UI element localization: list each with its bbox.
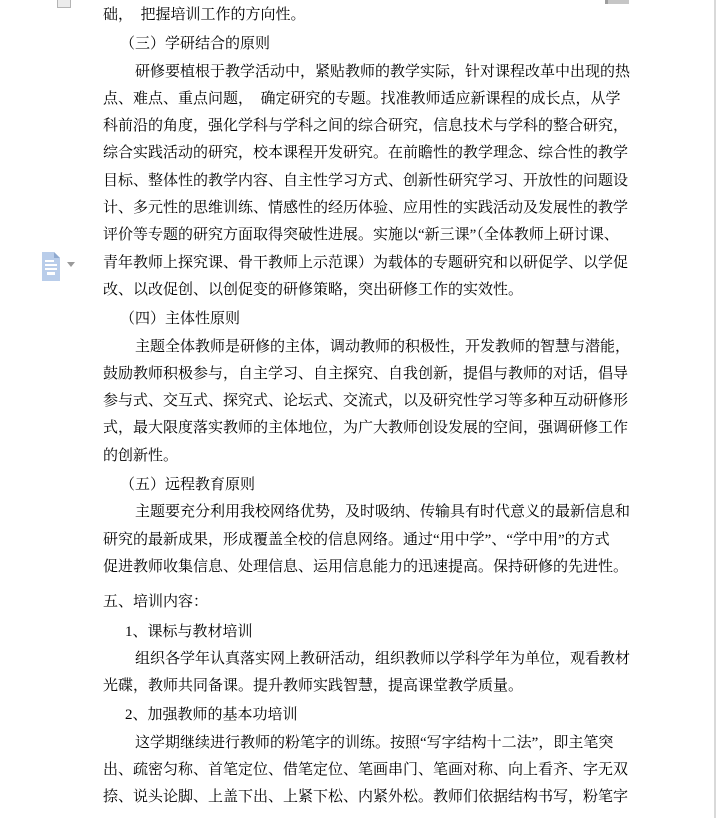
doc-block-paragraph: 组织各学年认真落实网上教研活动，组织教师以学科学年为单位，观看教材光碟，教师共同…: [103, 646, 665, 701]
doc-block-heading: （四）主体性原则: [103, 306, 665, 333]
text-line: 促进教师收集信息、处理信息、运用信息能力的迅速提高。保持研修的先进性。: [103, 554, 665, 581]
text-line: 计、多元性的思维训练、情感性的经历体验、应用性的实践活动及发展性的教学: [103, 195, 665, 222]
text-line: 式，最大限度落实教师的主体地位，为广大教师创设发展的空间，强调研修工作: [103, 415, 665, 442]
doc-block-subheading: 2、加强教师的基本功培训: [103, 702, 665, 729]
top-left-ui-fragment: [57, 0, 71, 8]
doc-block-paragraph: 研修要植根于教学活动中，紧贴教师的教学实际，针对课程改革中出现的热点、难点、重点…: [103, 59, 665, 305]
doc-block-paragraph: 主题全体教师是研修的主体，调动教师的积极性，开发教师的智慧与潜能，鼓励教师积极参…: [103, 334, 665, 470]
text-line: （五）远程教育原则: [103, 472, 665, 499]
text-line: 综合实践活动的研究，校本课程开发研究。在前瞻性的教学理念、综合性的教学: [103, 140, 665, 167]
text-line: 研修要植根于教学活动中，紧贴教师的教学实际，针对课程改革中出现的热: [103, 59, 665, 86]
text-line: 主题全体教师是研修的主体，调动教师的积极性，开发教师的智慧与潜能，: [103, 334, 665, 361]
text-line: 组织各学年认真落实网上教研活动，组织教师以学科学年为单位，观看教材: [103, 646, 665, 673]
text-line: 点、难点、重点问题， 确定研究的专题。找准教师适应新课程的成长点，从学: [103, 86, 665, 113]
text-line: 的创新性。: [103, 443, 665, 470]
text-line: 础， 把握培训工作的方向性。: [103, 2, 665, 29]
text-line: 五、培训内容：: [103, 589, 665, 616]
doc-block-subheading: 1、课标与教材培训: [103, 619, 665, 646]
chevron-down-icon[interactable]: [67, 262, 75, 267]
document-window: 础， 把握培训工作的方向性。（三）学研结合的原则研修要植根于教学活动中，紧贴教师…: [0, 0, 717, 818]
doc-block-section: 五、培训内容：: [103, 589, 665, 616]
text-line: 参与式、交互式、探究式、论坛式、交流式，以及研究性学习等多种互动研修形: [103, 388, 665, 415]
text-line: 这学期继续进行教师的粉笔字的训练。按照“写字结构十二法”，即主笔突: [103, 730, 665, 757]
text-line: 出、疏密匀称、首笔定位、借笔定位、笔画串门、笔画对称、向上看齐、字无双: [103, 757, 665, 784]
text-line: （四）主体性原则: [103, 306, 665, 333]
doc-block-continuation: 础， 把握培训工作的方向性。: [103, 2, 665, 29]
paste-options-button[interactable]: [40, 251, 80, 285]
text-line: 捺、说头论脚、上盖下出、上紧下松、内紧外松。教师们依据结构书写，粉笔字: [103, 784, 665, 811]
doc-block-heading: （三）学研结合的原则: [103, 31, 665, 58]
text-line: 鼓励教师积极参与，自主学习、自主探究、自我创新，提倡与教师的对话，倡导: [103, 361, 665, 388]
document-page-text[interactable]: 础， 把握培训工作的方向性。（三）学研结合的原则研修要植根于教学活动中，紧贴教师…: [103, 2, 665, 812]
text-line: 目标、整体性的教学内容、自主性学习方式、创新性研究学习、开放性的问题设: [103, 168, 665, 195]
text-line: 青年教师上探究课、骨干教师上示范课）为载体的专题研究和以研促学、以学促: [103, 250, 665, 277]
text-line: 改、以改促创、以创促变的研修策略，突出研修工作的实效性。: [103, 277, 665, 304]
doc-block-heading: （五）远程教育原则: [103, 472, 665, 499]
text-line: （三）学研结合的原则: [103, 31, 665, 58]
text-line: 主题要充分利用我校网络优势，及时吸纳、传输具有时代意义的最新信息和: [103, 499, 665, 526]
page-right-border: [714, 0, 716, 818]
text-line: 评价等专题的研究方面取得突破性进展。实施以“新三课”（全体教师上研讨课、: [103, 222, 665, 249]
doc-block-paragraph: 这学期继续进行教师的粉笔字的训练。按照“写字结构十二法”，即主笔突出、疏密匀称、…: [103, 730, 665, 812]
text-line: 科前沿的角度，强化学科与学科之间的综合研究，信息技术与学科的整合研究，: [103, 113, 665, 140]
text-line: 研究的最新成果，形成覆盖全校的信息网络。通过“用中学”、“学中用”的方式: [103, 527, 665, 554]
text-line: 2、加强教师的基本功培训: [103, 702, 665, 729]
text-line: 1、课标与教材培训: [103, 619, 665, 646]
text-line: 光碟，教师共同备课。提升教师实践智慧，提高课堂教学质量。: [103, 673, 665, 700]
doc-block-paragraph: 主题要充分利用我校网络优势，及时吸纳、传输具有时代意义的最新信息和研究的最新成果…: [103, 499, 665, 581]
